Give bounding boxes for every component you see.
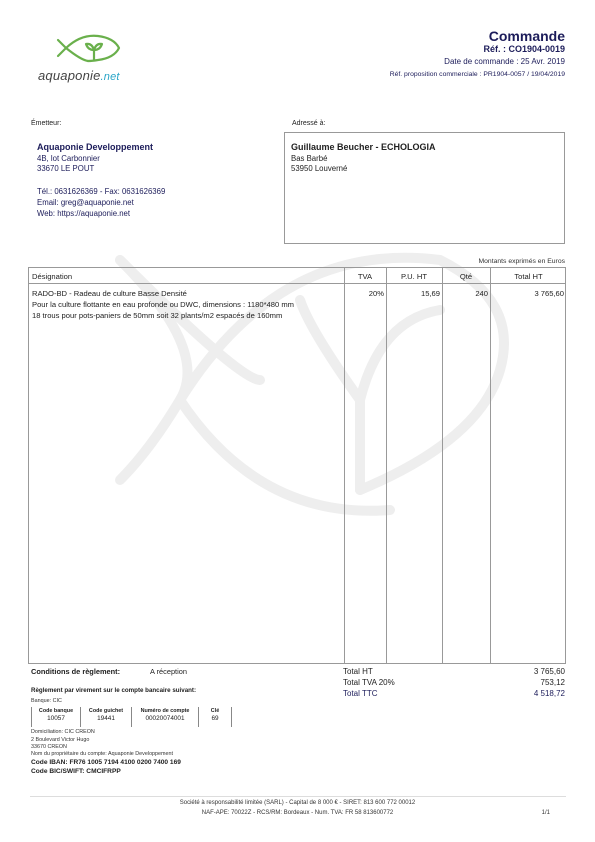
item-description-2: 18 trous pour pots-paniers de 50mm soit … [32, 310, 294, 321]
order-date: Date de commande : 25 Avr. 2019 [444, 57, 565, 66]
column-divider [490, 268, 491, 663]
logo-text: aquaponie.net [38, 68, 120, 83]
recipient-label: Adressé à: [292, 120, 325, 127]
total-ttc-label: Total TTC [343, 689, 378, 698]
bank-code-cell: Code banque 10057 [31, 707, 80, 727]
account-number-cell: Numéro de compte 00020074001 [131, 707, 198, 727]
key-value: 69 [203, 715, 227, 722]
proposal-reference: Réf. proposition commerciale : PR1904-00… [390, 71, 565, 78]
payment-conditions-label: Conditions de règlement: [31, 667, 120, 676]
sender-phone: Tél.: 0631626369 - Fax: 0631626369 [37, 187, 165, 196]
bank-domiciliation: Domiciliation: CIC CREON [31, 729, 95, 735]
item-quantity: 240 [442, 288, 488, 299]
header-designation: Désignation [32, 272, 72, 281]
bank-address-line-1: 2 Boulevard Victor Hugo [31, 737, 89, 743]
sender-email: Email: greg@aquaponie.net [37, 198, 134, 207]
total-ttc-value: 4 518,72 [534, 689, 565, 698]
footer-divider [30, 796, 566, 797]
table-header-divider [29, 283, 565, 284]
header-qty: Qté [442, 272, 490, 281]
account-owner: Nom du propriétaire du compte: Aquaponie… [31, 751, 173, 757]
recipient-address-line-2: 53950 Louverné [291, 164, 347, 173]
branch-code-cell: Code guichet 19441 [80, 707, 131, 727]
total-tva-value: 753,12 [541, 678, 565, 687]
total-tva-label: Total TVA 20% [343, 678, 395, 687]
bank-transfer-label: Règlement par virement sur le compte ban… [31, 687, 196, 694]
payment-conditions-value: A réception [150, 667, 187, 676]
sender-address-line-2: 33670 LE POUT [37, 164, 94, 173]
bic-swift: Code BIC/SWIFT: CMCIFRPP [31, 768, 121, 775]
footer-legal-line-2: NAF-APE: 70022Z - RCS/RM: Bordeaux - Num… [0, 810, 595, 816]
column-divider [344, 268, 345, 663]
item-title: RADO-BD - Radeau de culture Basse Densit… [32, 288, 294, 299]
iban: Code IBAN: FR76 1005 7194 4100 0200 7400… [31, 759, 181, 766]
branch-code-header: Code guichet [85, 708, 127, 714]
header-pu-ht: P.U. HT [386, 272, 442, 281]
header-total-ht: Total HT [490, 272, 567, 281]
sender-name: Aquaponie Developpement [37, 142, 153, 152]
document-title: Commande [489, 28, 565, 44]
recipient-address-line-1: Bas Barbé [291, 154, 327, 163]
order-reference: Réf. : CO1904-0019 [483, 44, 565, 54]
sender-address-line-1: 4B, lot Carbonnier [37, 154, 100, 163]
column-divider [442, 268, 443, 663]
total-ht-value: 3 765,60 [534, 667, 565, 676]
column-divider [386, 268, 387, 663]
bank-code-header: Code banque [36, 708, 76, 714]
total-ht-label: Total HT [343, 667, 373, 676]
item-total-ht: 3 765,60 [490, 288, 564, 299]
bank-code-value: 10057 [36, 715, 76, 722]
item-description-1: Pour la culture flottante en eau profond… [32, 299, 294, 310]
footer-legal-line-1: Société à responsabilité limitée (SARL) … [0, 800, 595, 806]
branch-code-value: 19441 [85, 715, 127, 722]
account-number-header: Numéro de compte [136, 708, 194, 714]
item-designation: RADO-BD - Radeau de culture Basse Densit… [32, 288, 294, 321]
recipient-name: Guillaume Beucher - ECHOLOGIA [291, 142, 436, 152]
sender-label: Émetteur: [31, 120, 61, 127]
currency-note: Montants exprimés en Euros [478, 258, 565, 265]
header-tva: TVA [344, 272, 386, 281]
page-number: 1/1 [542, 810, 550, 816]
key-header: Clé [203, 708, 227, 714]
bank-details-table: Code banque 10057 Code guichet 19441 Num… [31, 707, 232, 727]
items-table: Désignation TVA P.U. HT Qté Total HT RAD… [28, 267, 566, 664]
item-unit-price: 15,69 [386, 288, 440, 299]
key-cell: Clé 69 [198, 707, 232, 727]
account-number-value: 00020074001 [136, 715, 194, 722]
bank-name: Banque: CIC [31, 698, 62, 704]
item-tva: 20% [344, 288, 384, 299]
bank-address-line-2: 33670 CREON [31, 744, 67, 750]
sender-web: Web: https://aquaponie.net [37, 209, 130, 218]
